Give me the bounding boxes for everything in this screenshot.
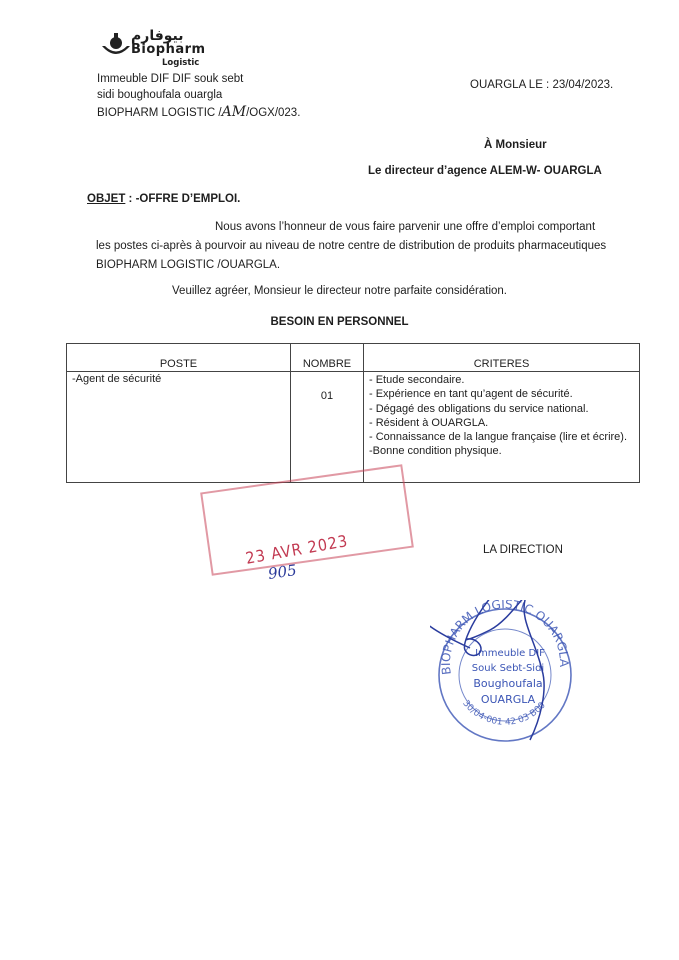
criteria-item: - Résident à OUARGLA. bbox=[369, 416, 634, 430]
criteria-item: - Etude secondaire. bbox=[369, 373, 634, 387]
company-seal-icon: BIOPHARM LOGISTIC OUARGLA 30/04-001 42 0… bbox=[430, 600, 580, 750]
table-title: BESOIN EN PERSONNEL bbox=[0, 316, 679, 328]
criteria-item: - Expérience en tant qu’agent de sécurit… bbox=[369, 387, 634, 401]
header-criteres: CRITERES bbox=[364, 344, 640, 372]
table-row: -Agent de sécurité 01 - Etude secondaire… bbox=[67, 372, 640, 483]
subject-separator: : bbox=[125, 193, 135, 205]
seal-line-1: Immeuble DIF bbox=[475, 648, 545, 659]
logo-subtitle: Logistic bbox=[162, 58, 199, 68]
address-line-2: sidi boughoufala ouargla bbox=[97, 89, 222, 101]
body-line-3: BIOPHARM LOGISTIC /OUARGLA. bbox=[96, 256, 616, 275]
recipient-name: Le directeur d’agence ALEM-W- OUARGLA bbox=[368, 165, 602, 177]
seal-line-4: OUARGLA bbox=[481, 693, 536, 706]
date-line: OUARGLA LE : 23/04/2023. bbox=[470, 79, 613, 91]
recipient-salutation: À Monsieur bbox=[484, 139, 547, 151]
reference-prefix: BIOPHARM LOGISTIC / bbox=[97, 107, 222, 119]
body-paragraph: Nous avons l’honneur de vous faire parve… bbox=[96, 218, 616, 275]
nombre-value: 01 bbox=[296, 390, 358, 402]
reference-suffix: /OGX/023. bbox=[246, 107, 300, 119]
header-poste: POSTE bbox=[67, 344, 291, 372]
address-line-1: Immeuble DIF DIF souk sebt bbox=[97, 73, 243, 85]
signature-label: LA DIRECTION bbox=[483, 544, 563, 556]
cell-poste: -Agent de sécurité bbox=[67, 372, 291, 483]
subject-line: OBJET : -OFFRE D’EMPLOI. bbox=[87, 193, 240, 205]
subject-label: OBJET bbox=[87, 193, 125, 205]
reference-handwritten: AM bbox=[222, 104, 246, 120]
reference-line: BIOPHARM LOGISTIC /AM/OGX/023. bbox=[97, 104, 300, 120]
staffing-table: POSTE NOMBRE CRITERES -Agent de sécurité… bbox=[66, 343, 640, 483]
logo-name: Biopharm bbox=[131, 42, 206, 57]
criteria-item: - Connaissance de la langue française (l… bbox=[369, 430, 634, 444]
header-nombre: NOMBRE bbox=[291, 344, 364, 372]
criteria-item: - Dégagé des obligations du service nati… bbox=[369, 402, 634, 416]
cell-nombre: 01 bbox=[291, 372, 364, 483]
closing-line: Veuillez agréer, Monsieur le directeur n… bbox=[0, 285, 679, 297]
stamp-handwritten-number: 905 bbox=[267, 561, 298, 583]
cell-criteres: - Etude secondaire. - Expérience en tant… bbox=[364, 372, 640, 483]
criteria-list: - Etude secondaire. - Expérience en tant… bbox=[369, 373, 634, 459]
seal-line-3: Boughoufala bbox=[473, 677, 542, 690]
body-line-2: les postes ci-après à pourvoir au niveau… bbox=[96, 237, 616, 256]
body-line-1: Nous avons l’honneur de vous faire parve… bbox=[96, 218, 616, 237]
subject-text: -OFFRE D’EMPLOI. bbox=[136, 193, 241, 205]
table-header-row: POSTE NOMBRE CRITERES bbox=[67, 344, 640, 372]
seal-line-2: Souk Sebt-Sidi bbox=[472, 663, 544, 674]
criteria-item: -Bonne condition physique. bbox=[369, 444, 634, 458]
